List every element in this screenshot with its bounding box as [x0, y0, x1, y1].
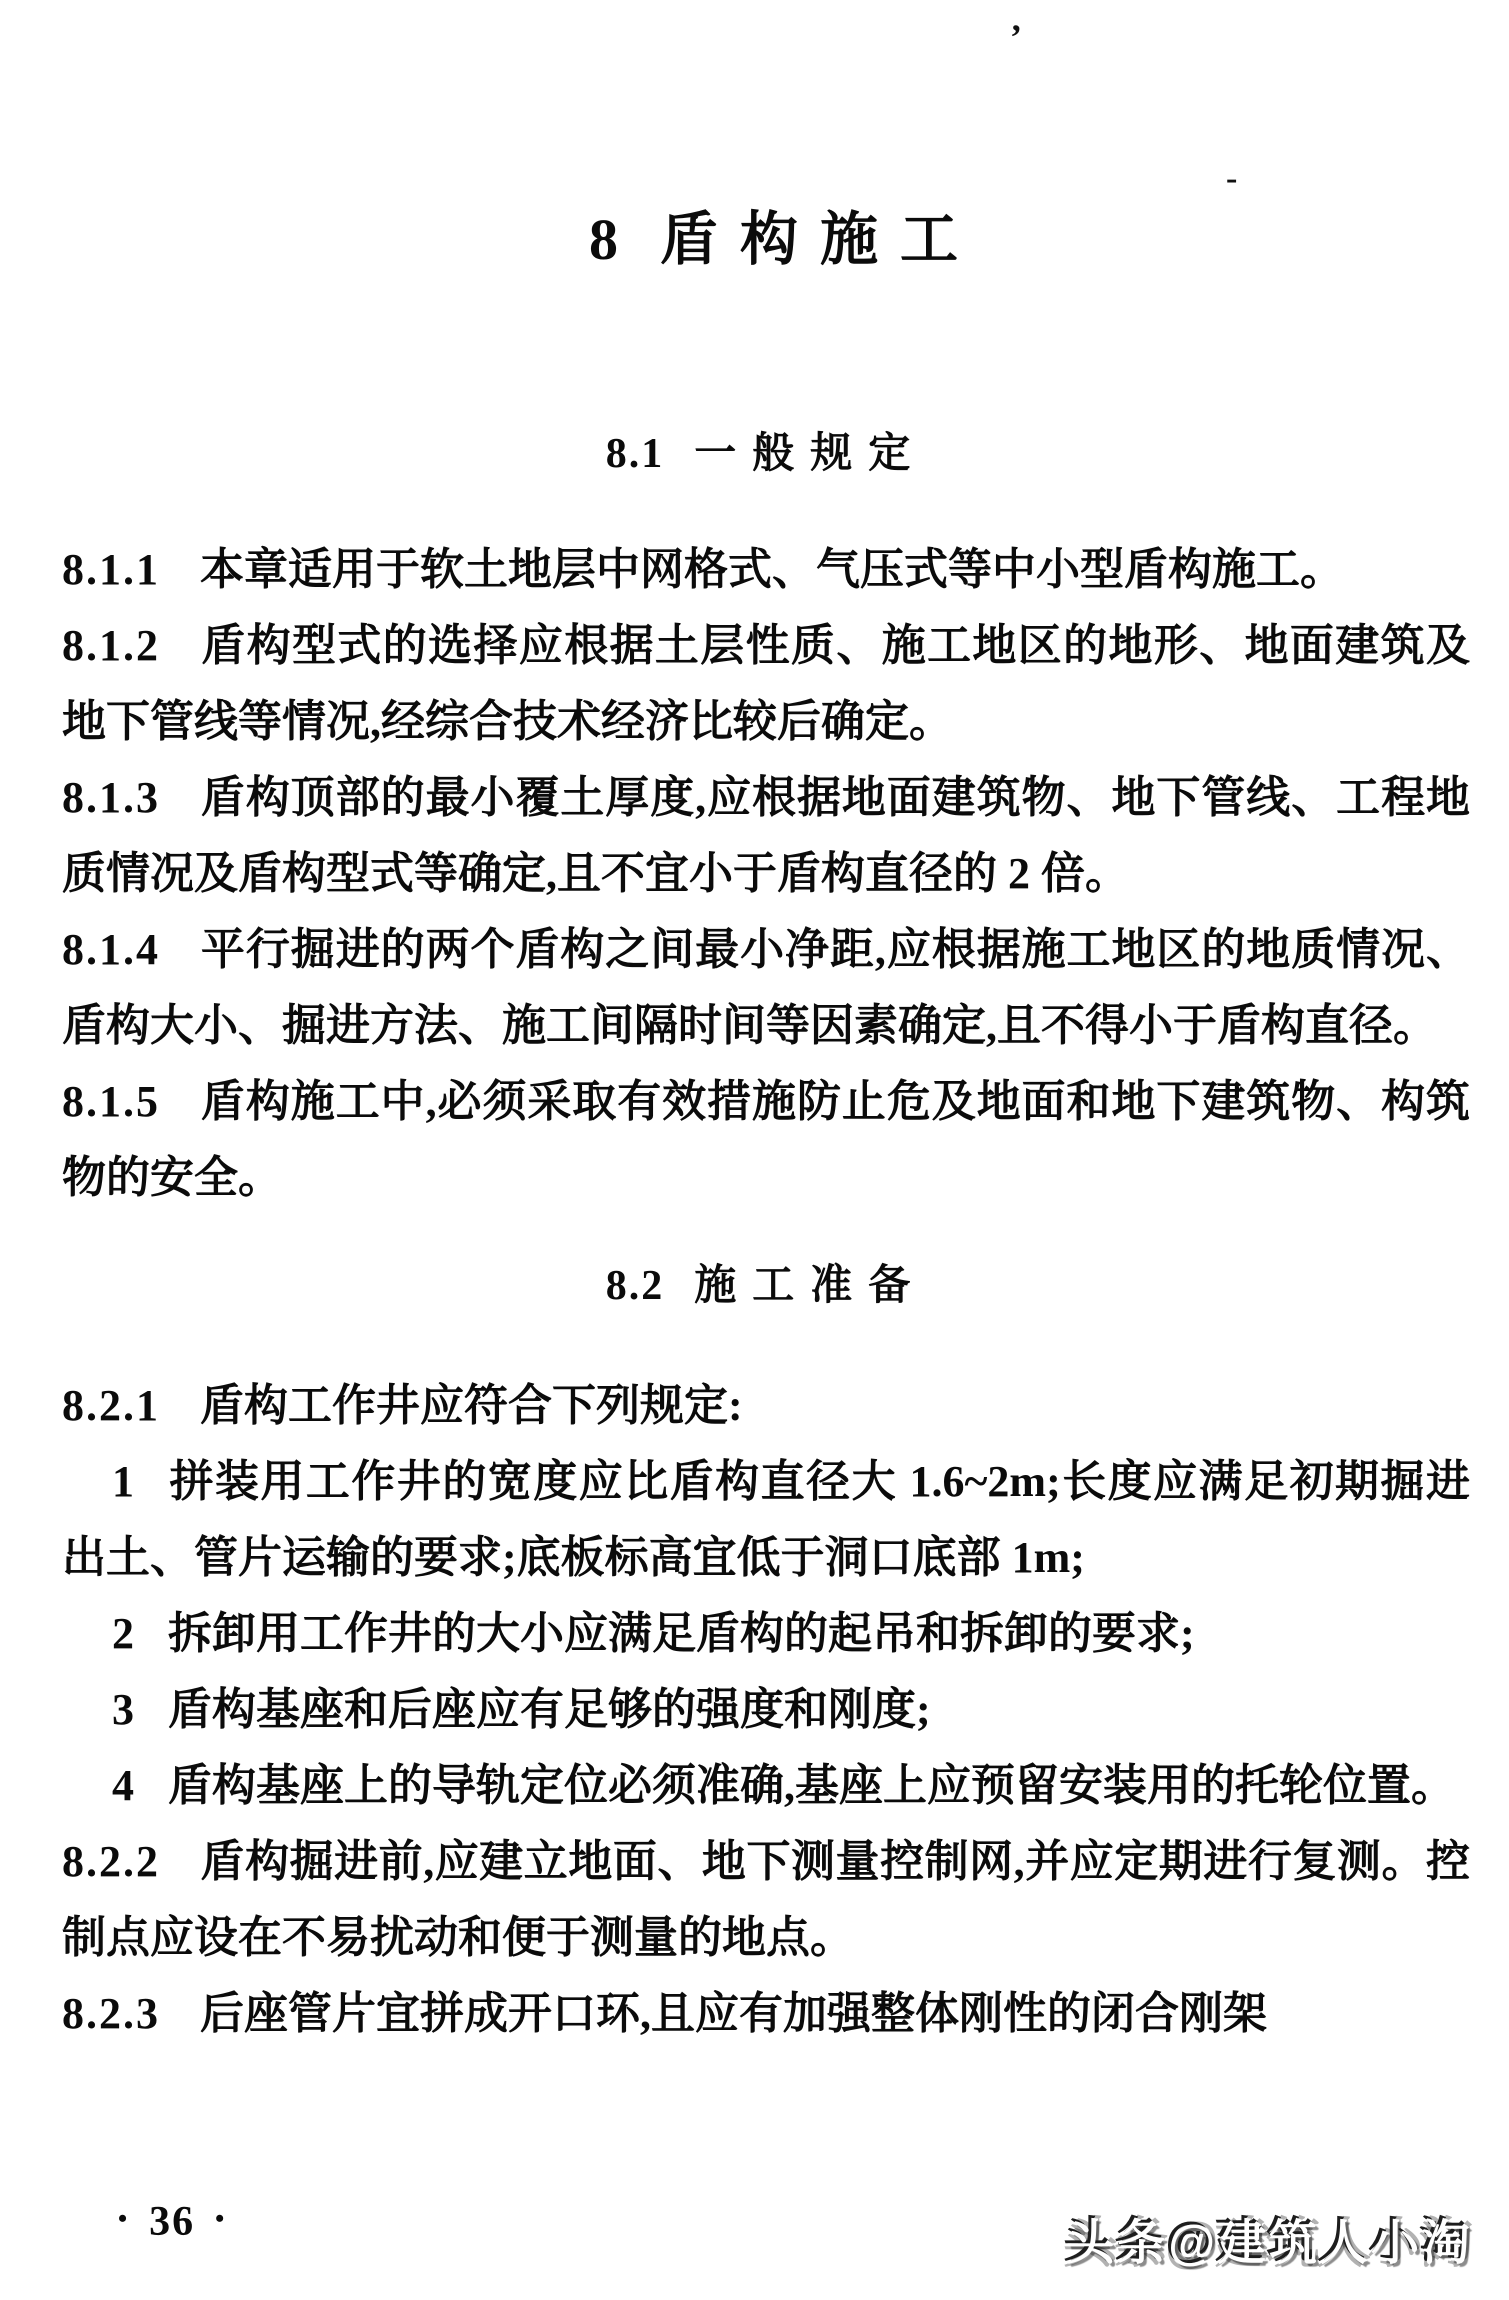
clause-8-2-1-item-2: 2拆卸用工作井的大小应满足盾构的起吊和拆卸的要求; — [62, 1596, 1470, 1672]
clause-8-2-2: 8.2.2盾构掘进前,应建立地面、地下测量控制网,并应定期进行复测。控制点应设在… — [62, 1824, 1470, 1976]
item-number: 4 — [112, 1761, 134, 1810]
clause-8-1-3: 8.1.3盾构顶部的最小覆土厚度,应根据地面建筑物、地下管线、工程地质情况及盾构… — [62, 760, 1470, 912]
clause-text: 平行掘进的两个盾构之间最小净距,应根据施工地区的地质情况、盾构大小、掘进方法、施… — [62, 925, 1470, 1050]
chapter-number: 8 — [589, 207, 618, 272]
section-8-1-title: 一般规定 — [694, 431, 926, 477]
clause-8-2-1: 8.2.1盾构工作井应符合下列规定: — [62, 1368, 1470, 1444]
item-number: 3 — [112, 1685, 134, 1734]
item-text: 盾构基座上的导轨定位必须准确,基座上应预留安装用的托轮位置。 — [168, 1761, 1455, 1810]
chapter-title-text: 盾构施工 — [660, 207, 980, 272]
section-heading-8-1: 8.1一般规定 — [62, 424, 1470, 484]
clause-8-2-1-item-1: 1拼装用工作井的宽度应比盾构直径大 1.6~2m;长度应满足初期掘进出土、管片运… — [62, 1444, 1470, 1596]
clause-text: 后座管片宜拼成开口环,且应有加强整体刚性的闭合刚架 — [200, 1989, 1267, 2038]
section-heading-8-2: 8.2施工准备 — [62, 1256, 1470, 1316]
chapter-title: 8盾构施工 — [60, 192, 1509, 276]
item-text: 盾构基座和后座应有足够的强度和刚度; — [168, 1685, 931, 1734]
clause-8-1-4: 8.1.4平行掘进的两个盾构之间最小净距,应根据施工地区的地质情况、盾构大小、掘… — [62, 912, 1470, 1064]
item-number: 2 — [112, 1609, 134, 1658]
clause-text: 盾构型式的选择应根据土层性质、施工地区的地形、地面建筑及地下管线等情况,经综合技… — [62, 621, 1470, 746]
section-8-2-title: 施工准备 — [694, 1263, 926, 1309]
clause-8-2-3: 8.2.3后座管片宜拼成开口环,且应有加强整体刚性的闭合刚架 — [62, 1976, 1470, 2052]
document-body: 8.1一般规定 8.1.1本章适用于软土地层中网格式、气压式等中小型盾构施工。 … — [62, 424, 1470, 2052]
clause-number: 8.1.3 — [62, 773, 160, 822]
section-8-1-number: 8.1 — [606, 431, 665, 477]
clause-number: 8.2.1 — [62, 1381, 160, 1430]
clause-text: 本章适用于软土地层中网格式、气压式等中小型盾构施工。 — [200, 545, 1344, 594]
clause-8-1-5: 8.1.5盾构施工中,必须采取有效措施防止危及地面和地下建筑物、构筑物的安全。 — [62, 1064, 1470, 1216]
page-number-left-dot: • — [118, 2204, 129, 2233]
clause-number: 8.2.3 — [62, 1989, 160, 2038]
clause-8-2-1-item-3: 3盾构基座和后座应有足够的强度和刚度; — [62, 1672, 1470, 1748]
page-number: •36• — [98, 2198, 246, 2246]
clause-8-1-1: 8.1.1本章适用于软土地层中网格式、气压式等中小型盾构施工。 — [62, 532, 1470, 608]
clause-number: 8.1.5 — [62, 1077, 160, 1126]
clause-number: 8.1.4 — [62, 925, 160, 974]
clause-number: 8.2.2 — [62, 1837, 160, 1886]
page-number-right-dot: • — [215, 2204, 226, 2233]
item-text: 拆卸用工作井的大小应满足盾构的起吊和拆卸的要求; — [168, 1609, 1195, 1658]
clause-text: 盾构顶部的最小覆土厚度,应根据地面建筑物、地下管线、工程地质情况及盾构型式等确定… — [62, 773, 1470, 898]
clause-text: 盾构施工中,必须采取有效措施防止危及地面和地下建筑物、构筑物的安全。 — [62, 1077, 1470, 1202]
watermark: 头条@建筑人小淘 — [1066, 2204, 1473, 2273]
clause-8-1-2: 8.1.2盾构型式的选择应根据土层性质、施工地区的地形、地面建筑及地下管线等情况… — [62, 608, 1470, 760]
clause-text: 盾构掘进前,应建立地面、地下测量控制网,并应定期进行复测。控制点应设在不易扰动和… — [62, 1837, 1470, 1962]
item-number: 1 — [112, 1457, 134, 1506]
clause-8-2-1-item-4: 4盾构基座上的导轨定位必须准确,基座上应预留安装用的托轮位置。 — [62, 1748, 1470, 1824]
clause-text: 盾构工作井应符合下列规定: — [200, 1381, 743, 1430]
section-8-2-number: 8.2 — [606, 1263, 665, 1309]
item-text: 拼装用工作井的宽度应比盾构直径大 1.6~2m;长度应满足初期掘进出土、管片运输… — [62, 1457, 1470, 1582]
document-page: ’ - 8盾构施工 8.1一般规定 8.1.1本章适用于软土地层中网格式、气压式… — [0, 0, 1509, 2300]
clause-number: 8.1.1 — [62, 545, 160, 594]
clause-number: 8.1.2 — [62, 621, 160, 670]
page-number-value: 36 — [149, 2199, 195, 2245]
scan-speckle-apostrophe: ’ — [1010, 16, 1022, 58]
